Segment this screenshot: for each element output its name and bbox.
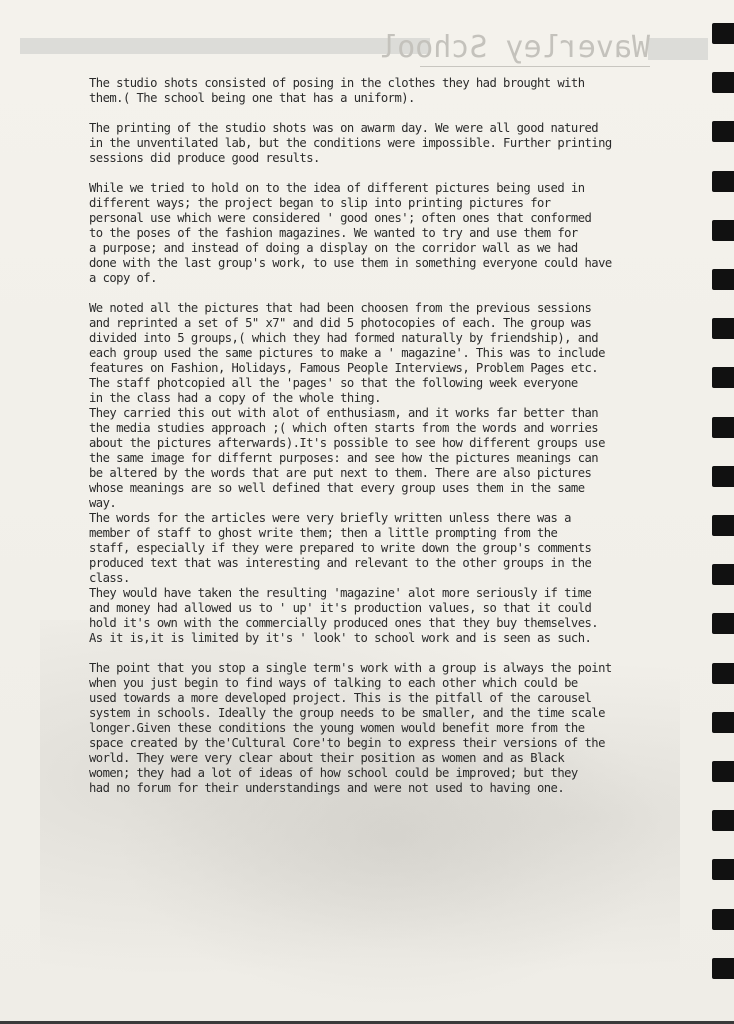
text-line: produced text that was interesting and r… (89, 556, 689, 571)
text-line: and reprinted a set of 5" x7" and did 5 … (89, 316, 689, 331)
binding-hole-icon (712, 859, 734, 880)
binding-hole-icon (712, 564, 734, 585)
binding-hole-icon (712, 72, 734, 93)
binding-hole-icon (712, 909, 734, 930)
text-line: when you just begin to find ways of talk… (89, 676, 689, 691)
paragraph: The printing of the studio shots was on … (89, 121, 689, 166)
paragraph: While we tried to hold on to the idea of… (89, 181, 689, 286)
text-line: a copy of. (89, 271, 689, 286)
text-line: world. They were very clear about their … (89, 751, 689, 766)
paragraph: The point that you stop a single term's … (89, 661, 689, 796)
paragraph-gap (89, 166, 689, 181)
text-line: them.( The school being one that has a u… (89, 91, 689, 106)
text-line: We noted all the pictures that had been … (89, 301, 689, 316)
binding-hole-icon (712, 121, 734, 142)
binding-hole-icon (712, 367, 734, 388)
text-line: The staff photcopied all the 'pages' so … (89, 376, 689, 391)
text-line: longer.Given these conditions the young … (89, 721, 689, 736)
spiral-binding (708, 0, 734, 1024)
text-line: staff, especially if they were prepared … (89, 541, 689, 556)
text-line: system in schools. Ideally the group nee… (89, 706, 689, 721)
document-body: The studio shots consisted of posing in … (89, 76, 689, 796)
text-line: space created by the'Cultural Core'to be… (89, 736, 689, 751)
text-line: The words for the articles were very bri… (89, 511, 689, 526)
text-line: about the pictures afterwards).It's poss… (89, 436, 689, 451)
binding-hole-icon (712, 318, 734, 339)
binding-hole-icon (712, 220, 734, 241)
text-line: The studio shots consisted of posing in … (89, 76, 689, 91)
text-line: in the class had a copy of the whole thi… (89, 391, 689, 406)
binding-hole-icon (712, 958, 734, 979)
text-line: women; they had a lot of ideas of how sc… (89, 766, 689, 781)
scanned-page: Waverley School The studio shots consist… (0, 0, 734, 1024)
text-line: features on Fashion, Holidays, Famous Pe… (89, 361, 689, 376)
binding-hole-icon (712, 23, 734, 44)
text-line: way. (89, 496, 689, 511)
binding-hole-icon (712, 810, 734, 831)
paragraph-gap (89, 106, 689, 121)
text-line: different ways; the project began to sli… (89, 196, 689, 211)
text-line: They would have taken the resulting 'mag… (89, 586, 689, 601)
text-line: While we tried to hold on to the idea of… (89, 181, 689, 196)
text-line: divided into 5 groups,( which they had f… (89, 331, 689, 346)
paragraph: The studio shots consisted of posing in … (89, 76, 689, 106)
text-line: the same image for differnt purposes: an… (89, 451, 689, 466)
paragraph: We noted all the pictures that had been … (89, 301, 689, 646)
text-line: As it is,it is limited by it's ' look' t… (89, 631, 689, 646)
binding-hole-icon (712, 613, 734, 634)
binding-hole-icon (712, 761, 734, 782)
binding-hole-icon (712, 269, 734, 290)
text-line: used towards a more developed project. T… (89, 691, 689, 706)
binding-hole-icon (712, 712, 734, 733)
binding-hole-icon (712, 417, 734, 438)
text-line: in the unventilated lab, but the conditi… (89, 136, 689, 151)
text-line: had no forum for their understandings an… (89, 781, 689, 796)
text-line: and money had allowed us to ' up' it's p… (89, 601, 689, 616)
show-through-title: Waverley School (420, 30, 650, 67)
binding-hole-icon (712, 515, 734, 536)
text-line: The point that you stop a single term's … (89, 661, 689, 676)
text-line: personal use which were considered ' goo… (89, 211, 689, 226)
text-line: class. (89, 571, 689, 586)
text-line: each group used the same pictures to mak… (89, 346, 689, 361)
text-line: sessions did produce good results. (89, 151, 689, 166)
show-through-header-bar-right (648, 38, 708, 60)
text-line: a purpose; and instead of doing a displa… (89, 241, 689, 256)
text-line: member of staff to ghost write them; the… (89, 526, 689, 541)
binding-hole-icon (712, 171, 734, 192)
text-line: done with the last group's work, to use … (89, 256, 689, 271)
text-line: be altered by the words that are put nex… (89, 466, 689, 481)
text-line: hold it's own with the commercially prod… (89, 616, 689, 631)
text-line: The printing of the studio shots was on … (89, 121, 689, 136)
text-line: to the poses of the fashion magazines. W… (89, 226, 689, 241)
show-through-header-bar (20, 38, 430, 54)
text-line: They carried this out with alot of enthu… (89, 406, 689, 421)
text-line: whose meanings are so well defined that … (89, 481, 689, 496)
binding-hole-icon (712, 466, 734, 487)
binding-hole-icon (712, 663, 734, 684)
paragraph-gap (89, 286, 689, 301)
text-line: the media studies approach ;( which ofte… (89, 421, 689, 436)
paragraph-gap (89, 646, 689, 661)
